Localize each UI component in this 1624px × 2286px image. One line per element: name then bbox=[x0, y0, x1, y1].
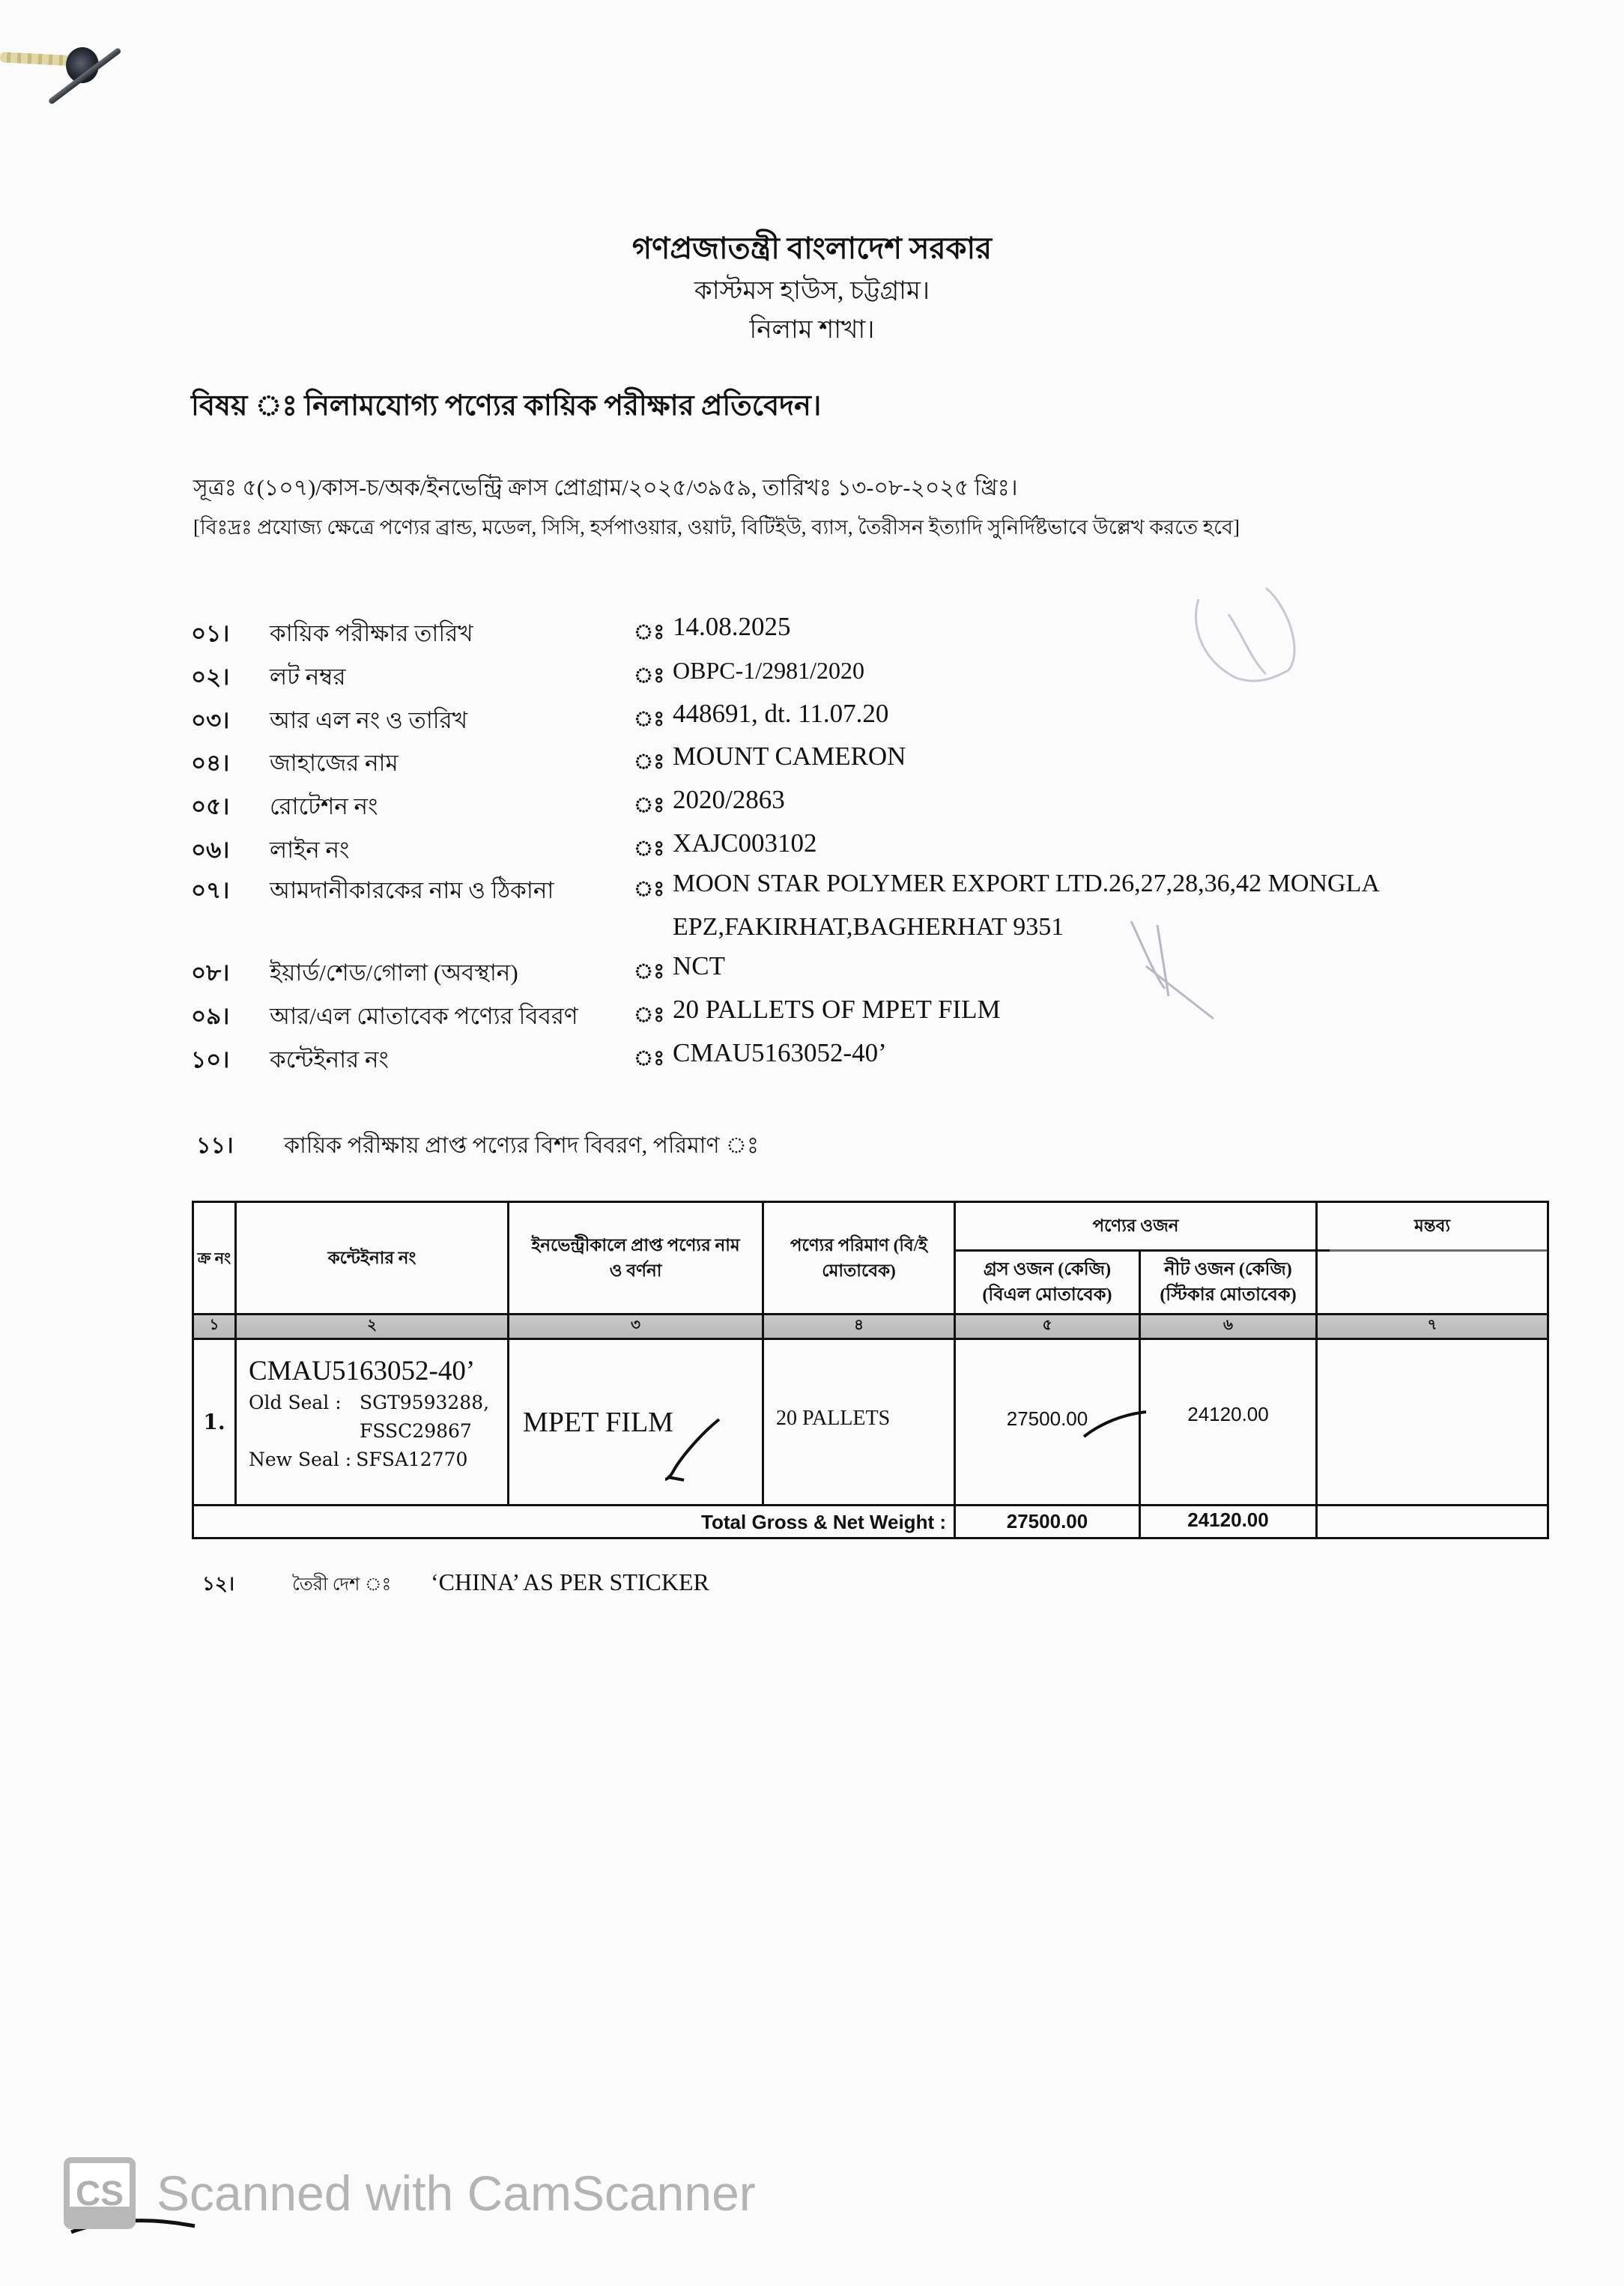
watermark-text: Scanned with CamScanner bbox=[157, 2165, 756, 2222]
pen-marks bbox=[0, 0, 1624, 2286]
camscanner-watermark: CS Scanned with CamScanner bbox=[64, 2157, 756, 2229]
camscanner-logo-icon: CS bbox=[64, 2157, 136, 2229]
